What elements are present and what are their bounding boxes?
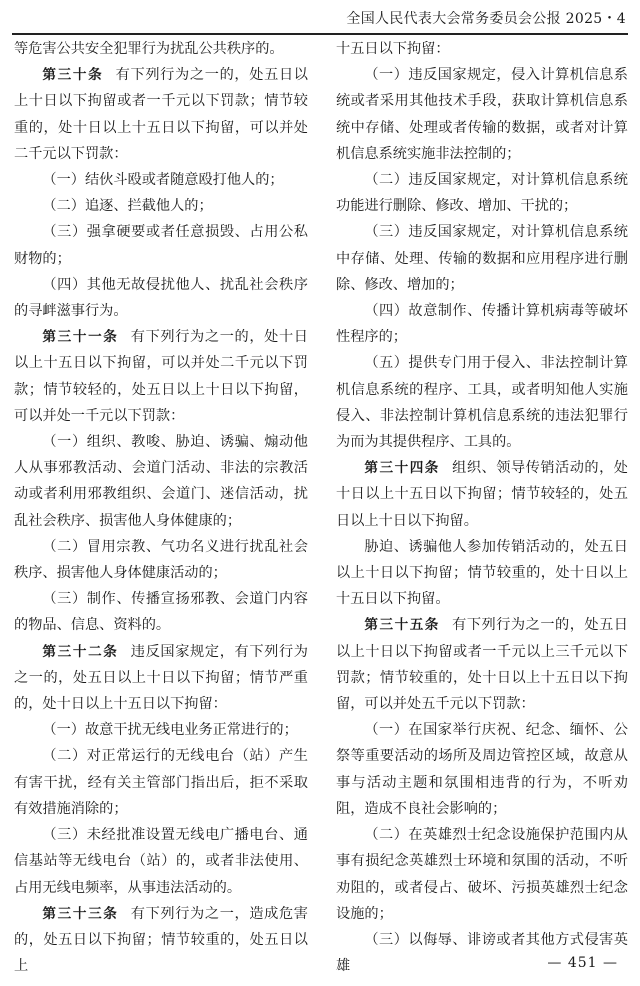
list-item: （三）制作、传播宣扬邪教、会道门内容的物品、信息、资料的。	[14, 586, 308, 638]
header-rule	[12, 33, 628, 35]
list-item: （一）在国家举行庆祝、纪念、缅怀、公祭等重要活动的场所及周边管控区域，故意从事与…	[336, 717, 628, 822]
article-label: 第三十四条	[364, 460, 440, 476]
page-number: — 451 —	[547, 955, 618, 971]
list-item: （二）对正常运行的无线电台（站）产生有害干扰，经有关主管部门指出后，拒不采取有效…	[14, 743, 308, 822]
list-item: （二）冒用宗教、气功名义进行扰乱社会秩序、损害他人身体健康活动的；	[14, 534, 308, 586]
journal-header: 全国人民代表大会常务委员会公报 2025・4	[346, 8, 626, 28]
article-label: 第三十条	[42, 67, 103, 83]
paragraph-continuation: 十五日以下拘留：	[336, 36, 628, 62]
right-column: 十五日以下拘留： （一）违反国家规定，侵入计算机信息系统或者采用其他技术手段，获…	[336, 36, 628, 979]
article-label: 第三十二条	[42, 644, 118, 660]
article-label: 第三十三条	[42, 906, 118, 922]
list-item: （一）故意干扰无线电业务正常进行的；	[14, 717, 308, 743]
list-item: （三）未经批准设置无线电广播电台、通信基站等无线电台（站）的，或者非法使用、占用…	[14, 822, 308, 901]
article-30: 第三十条有下列行为之一的，处五日以上十日以下拘留或者一千元以下罚款；情节较重的，…	[14, 62, 308, 167]
paragraph: 胁迫、诱骗他人参加传销活动的，处五日以上十日以下拘留；情节较重的，处十日以上十五…	[336, 534, 628, 613]
list-item: （一）结伙斗殴或者随意殴打他人的；	[14, 167, 308, 193]
article-32: 第三十二条违反国家规定，有下列行为之一的，处五日以上十日以下拘留；情节严重的，处…	[14, 639, 308, 718]
list-item: （三）以侮辱、诽谤或者其他方式侵害英雄	[336, 927, 628, 979]
list-item: （一）组织、教唆、胁迫、诱骗、煽动他人从事邪教活动、会道门活动、非法的宗教活动或…	[14, 429, 308, 534]
list-item: （三）违反国家规定，对计算机信息系统中存储、处理、传输的数据和应用程序进行删除、…	[336, 219, 628, 298]
list-item: （四）故意制作、传播计算机病毒等破坏性程序的；	[336, 298, 628, 350]
article-33: 第三十三条有下列行为之一，造成危害的，处五日以下拘留；情节较重的，处五日以上	[14, 901, 308, 980]
article-label: 第三十一条	[42, 329, 118, 345]
list-item: （三）强拿硬要或者任意损毁、占用公私财物的；	[14, 219, 308, 271]
article-31: 第三十一条有下列行为之一的，处十日以上十五日以下拘留，可以并处二千元以下罚款；情…	[14, 324, 308, 429]
list-item: （二）追逐、拦截他人的；	[14, 193, 308, 219]
article-34: 第三十四条组织、领导传销活动的，处十日以上十五日以下拘留；情节较轻的，处五日以上…	[336, 455, 628, 534]
list-item: （二）在英雄烈士纪念设施保护范围内从事有损纪念英雄烈士环境和氛围的活动，不听劝阻…	[336, 822, 628, 927]
list-item: （一）违反国家规定，侵入计算机信息系统或者采用其他技术手段，获取计算机信息系统中…	[336, 62, 628, 167]
list-item: （五）提供专门用于侵入、非法控制计算机信息系统的程序、工具，或者明知他人实施侵入…	[336, 350, 628, 455]
list-item: （四）其他无故侵扰他人、扰乱社会秩序的寻衅滋事行为。	[14, 272, 308, 324]
paragraph-continuation: 等危害公共安全犯罪行为扰乱公共秩序的。	[14, 36, 308, 62]
article-35: 第三十五条有下列行为之一的，处五日以上十日以下拘留或者一千元以上三千元以下罚款；…	[336, 612, 628, 717]
left-column: 等危害公共安全犯罪行为扰乱公共秩序的。 第三十条有下列行为之一的，处五日以上十日…	[14, 36, 308, 979]
list-item: （二）违反国家规定，对计算机信息系统功能进行删除、修改、增加、干扰的；	[336, 167, 628, 219]
article-label: 第三十五条	[364, 617, 440, 633]
